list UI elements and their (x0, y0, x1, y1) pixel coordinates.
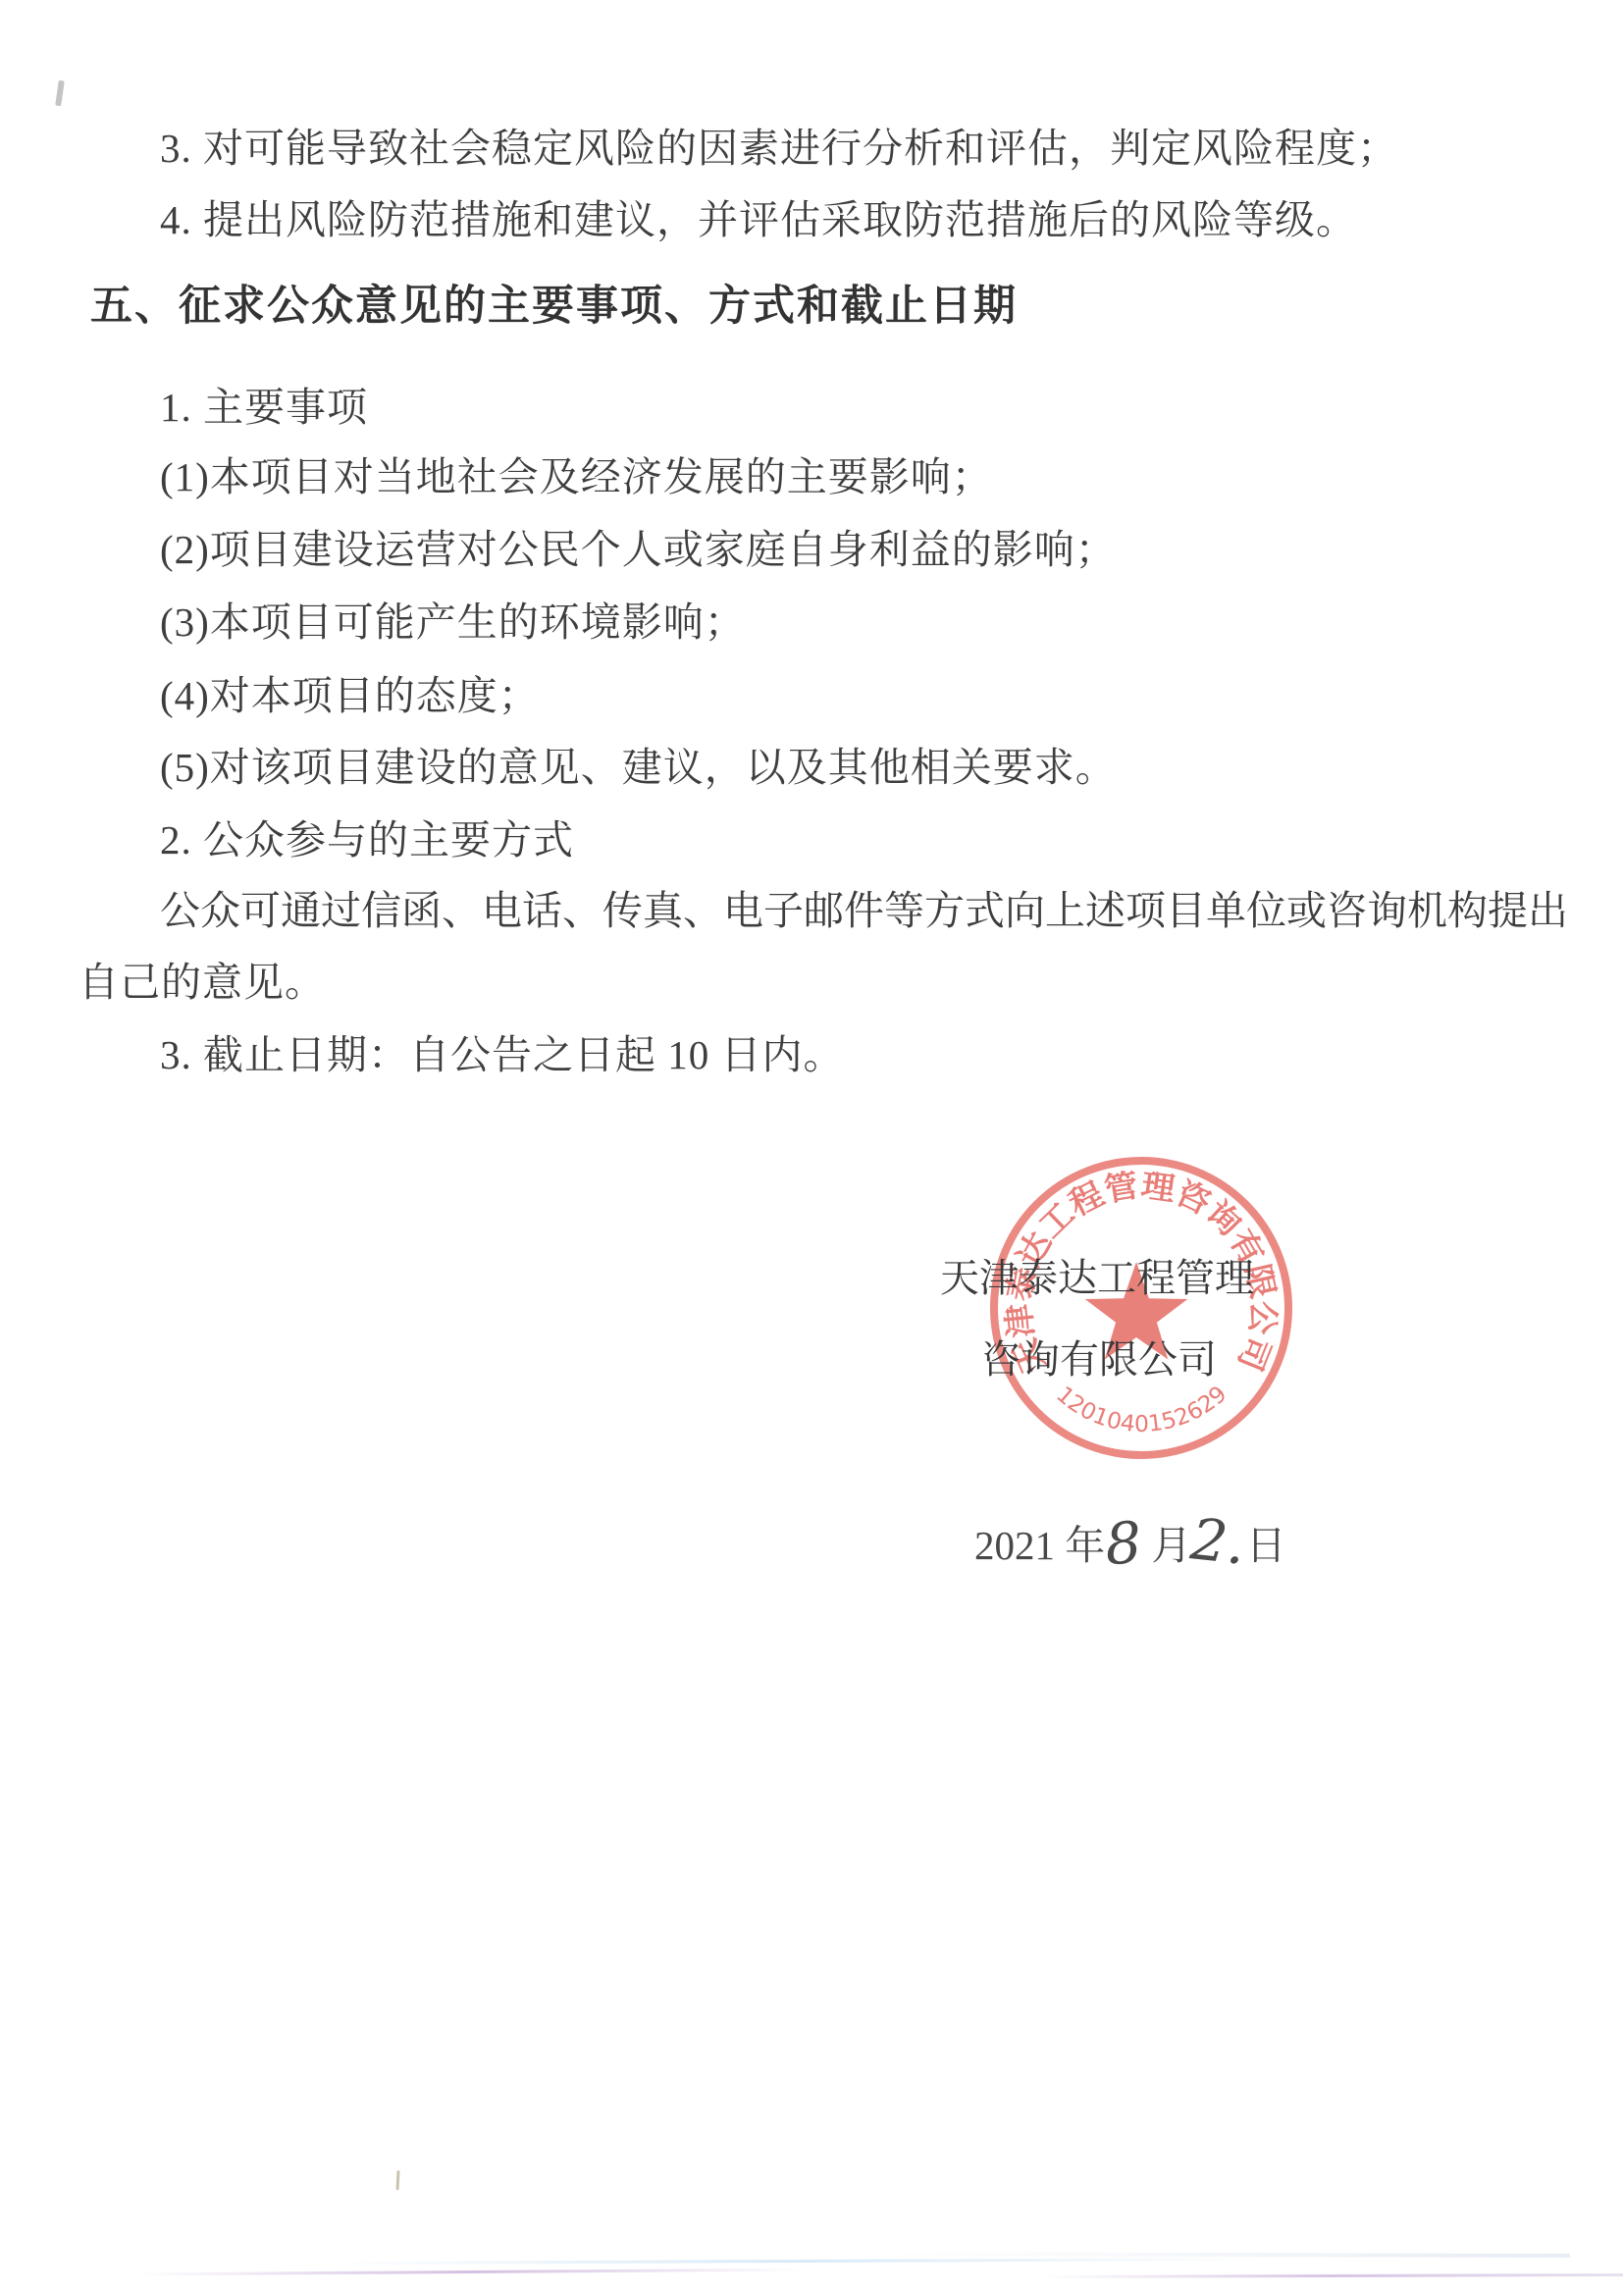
date-year-label: 2021 年 (974, 1523, 1105, 1568)
signature-company-line-2: 咨询有限公司 (981, 1340, 1217, 1380)
doc-line-deadline: 3. 截止日期：自公告之日起 10 日内。 (160, 1035, 845, 1075)
doc-line-item-4: (4)对本项目的态度； (160, 676, 540, 716)
scan-edge-line-purple-right (1040, 2273, 1623, 2278)
doc-line-main-items: 1. 主要事项 (160, 388, 368, 428)
scan-edge-line-purple-left (137, 2269, 805, 2276)
section-heading: 五、征求公众意见的主要事项、方式和截止日期 (90, 286, 1018, 328)
doc-line-item-5: (5)对该项目建设的意见、建议，以及其他相关要求。 (160, 748, 1117, 788)
seal-number-arc-text: 1201040152629 (1051, 1382, 1231, 1437)
scan-fleck-top-left (55, 80, 65, 107)
company-seal: 天津泰达工程管理咨询有限公司 1201040152629 (984, 1151, 1298, 1465)
doc-line-participation: 2. 公众参与的主要方式 (160, 820, 574, 861)
doc-line-item-1: (1)本项目对当地社会及经济发展的主要影响； (160, 457, 993, 497)
date-line: 2021 年8 月2.日 (974, 1511, 1286, 1568)
scan-edge-line-gray-right (883, 2252, 1570, 2258)
scan-edge-line-blue (324, 2258, 1256, 2265)
handwritten-month: 8 (1104, 1514, 1144, 1573)
signature-company-line-1: 天津泰达工程管理 (940, 1259, 1254, 1298)
scan-tick-mark (395, 2170, 399, 2190)
doc-line-contact-wrap: 自己的意见。 (79, 963, 326, 1003)
doc-line-item-2: (2)项目建设运营对公民个人或家庭自身利益的影响； (160, 530, 1117, 570)
date-month-label: 月 (1151, 1523, 1191, 1568)
date-day-label: 日 (1246, 1523, 1286, 1568)
document-page: 3. 对可能导致社会稳定风险的因素进行分析和评估，判定风险程度； 4. 提出风险… (0, 0, 1623, 2296)
doc-line-item-3: (3)本项目可能产生的环境影响； (160, 602, 746, 643)
doc-line-risk-measures: 4. 提出风险防范措施和建议，并评估采取防范措施后的风险等级。 (160, 200, 1357, 240)
svg-text:1201040152629: 1201040152629 (1051, 1382, 1231, 1437)
handwritten-day: 2. (1188, 1510, 1248, 1572)
doc-line-contact-methods: 公众可通过信函、电话、传真、电子邮件等方式向上述项目单位或咨询机构提出 (160, 891, 1568, 931)
doc-line-risk-analysis: 3. 对可能导致社会稳定风险的因素进行分析和评估，判定风险程度； (160, 129, 1398, 169)
